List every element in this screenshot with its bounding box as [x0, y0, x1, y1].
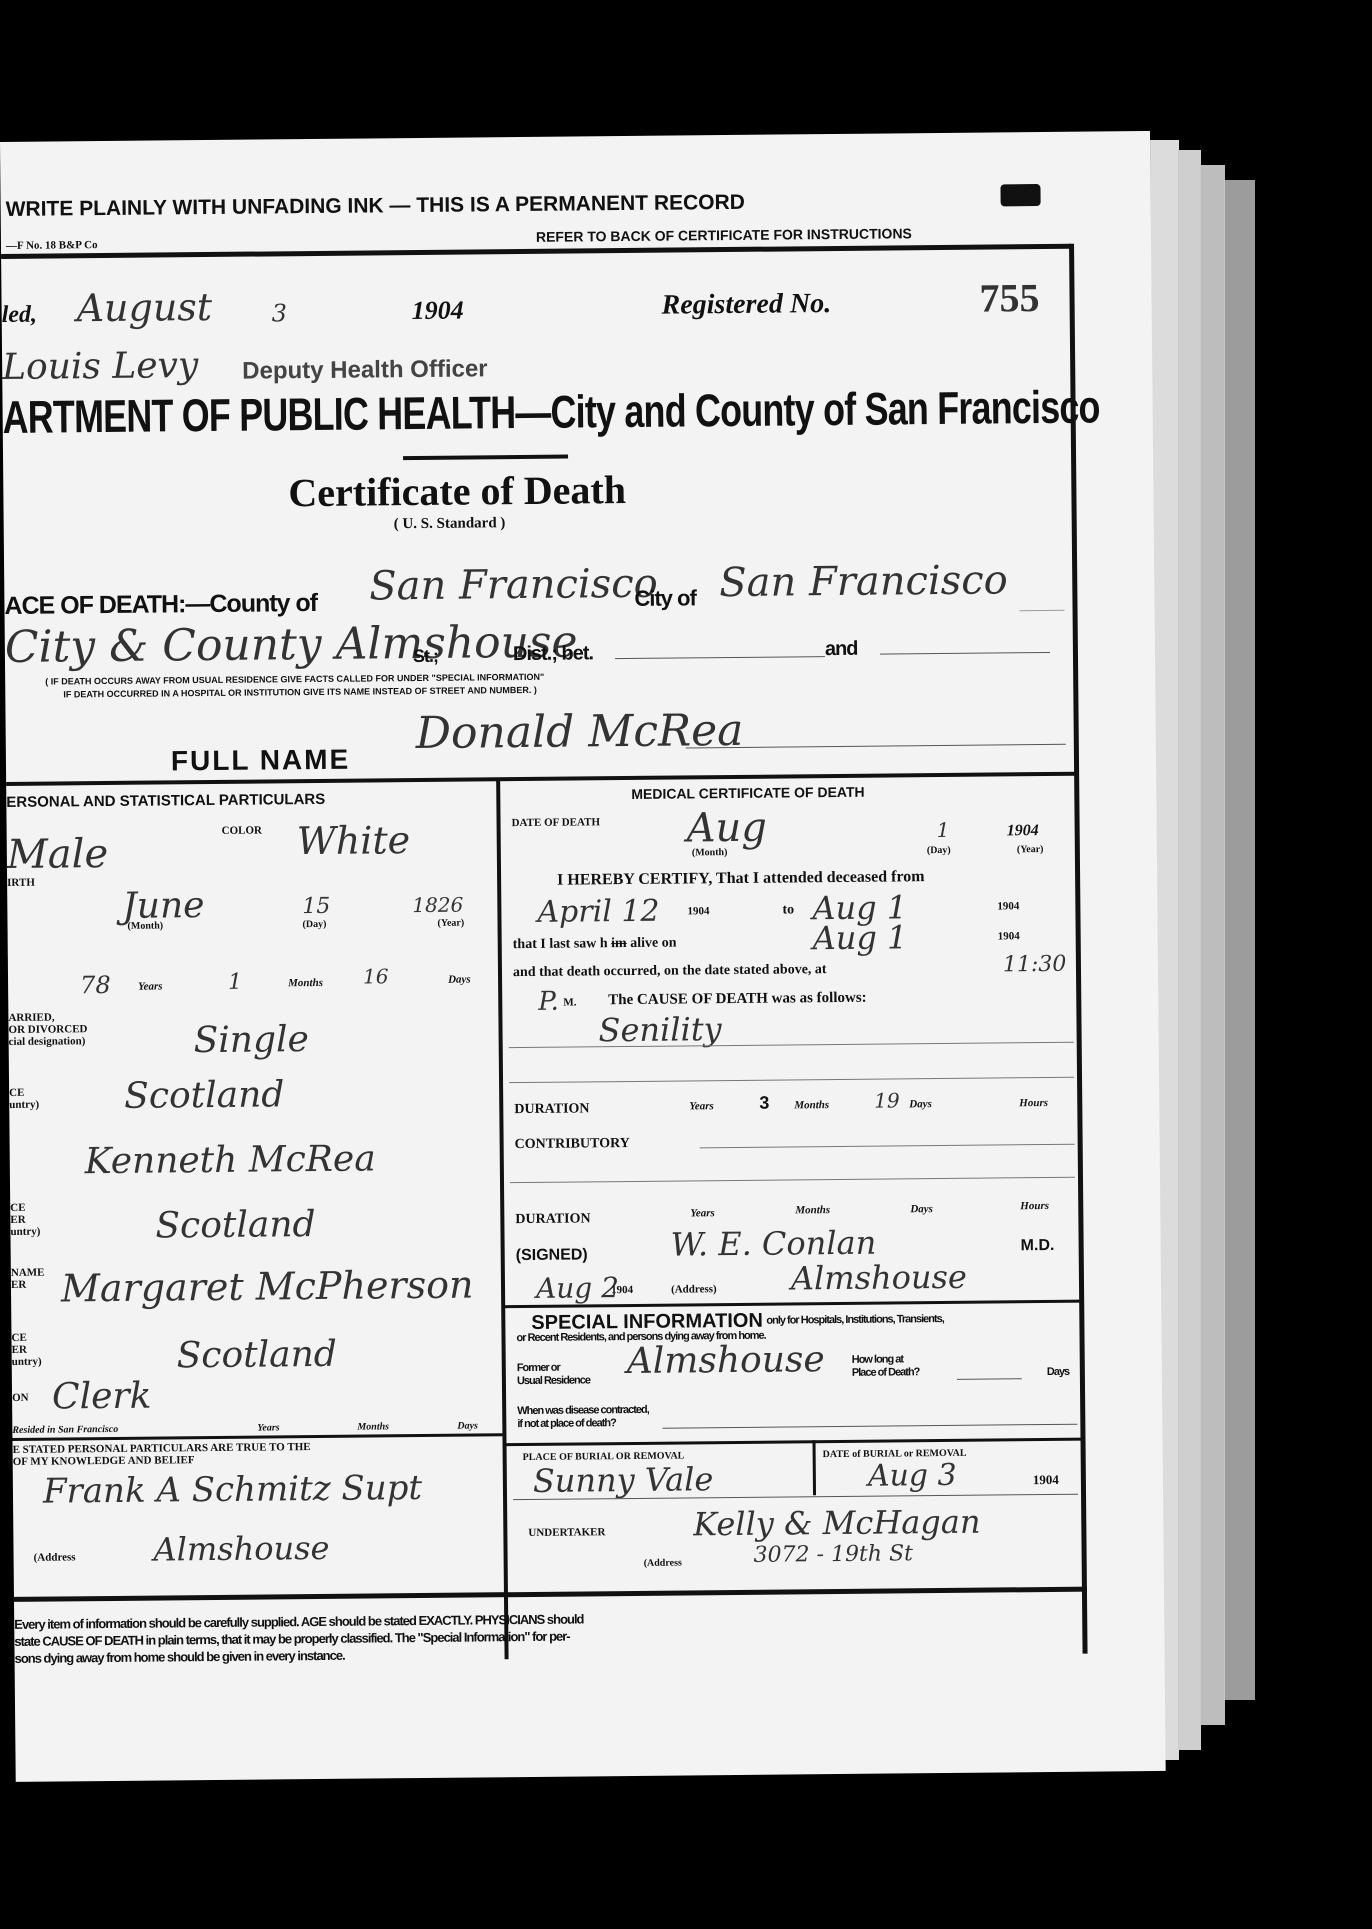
duration2-months-label: Months: [795, 1204, 830, 1216]
birth-day-label: (Day): [302, 919, 326, 930]
officer-title: Deputy Health Officer: [242, 355, 488, 385]
duration-hours-label: Hours: [1019, 1097, 1048, 1109]
mother-birthplace-label-1: CE: [11, 1332, 41, 1344]
last-saw-struck: im: [611, 936, 627, 951]
undertaker-label: UNDERTAKER: [528, 1526, 605, 1539]
contracted-label-1: When was disease contracted,: [517, 1404, 649, 1418]
filed-year: 1904: [411, 296, 463, 326]
street-label: St.;: [413, 646, 438, 667]
form-number: —F No. 18 B&P Co: [6, 239, 98, 252]
resided-days-label: Days: [457, 1420, 478, 1431]
age-days-label: Days: [448, 974, 471, 986]
occupation-label: ON: [12, 1392, 29, 1404]
special-heading-note: only for Hospitals, Institutions, Transi…: [766, 1313, 944, 1327]
certificate-subtitle: ( U. S. Standard ): [394, 515, 506, 533]
duration-label: DURATION: [514, 1101, 589, 1118]
death-day-label: (Day): [927, 845, 951, 856]
signed-year: 1904: [611, 1284, 633, 1296]
marital-label-1: ARRIED,: [8, 1011, 87, 1024]
last-saw-suffix: alive on: [630, 936, 676, 951]
father-birthplace: Scotland: [155, 1204, 316, 1247]
cause-label: The CAUSE OF DEATH was as follows:: [608, 990, 867, 1009]
mother-name: Margaret McPherson: [61, 1263, 474, 1311]
father-name: Kenneth McRea: [85, 1138, 376, 1182]
title-divider: [403, 455, 568, 461]
death-year-label: (Year): [1017, 844, 1044, 855]
father-birthplace-label-1: CE: [10, 1202, 40, 1214]
death-month-label: (Month): [692, 847, 728, 858]
former-residence-value: Almshouse: [627, 1339, 825, 1382]
mother-birthplace-label: CE ER untry): [11, 1332, 41, 1368]
color-label: COLOR: [222, 825, 262, 837]
place-note-2: IF DEATH OCCURRED IN A HOSPITAL OR INSTI…: [63, 685, 537, 700]
resided-months-label: Months: [357, 1421, 389, 1432]
duration-months: 3: [759, 1093, 769, 1114]
former-residence-label-2: Usual Residence: [517, 1374, 590, 1388]
duration-years-label: Years: [689, 1100, 714, 1112]
resided-years-label: Years: [257, 1422, 279, 1433]
footer-line-3: sons dying away from home should be give…: [14, 1648, 344, 1666]
informant-address: Almshouse: [153, 1529, 329, 1569]
mother-name-label-2: ER: [11, 1279, 45, 1291]
informant-address-label: (Address: [34, 1551, 76, 1563]
birth-label: IRTH: [7, 877, 35, 889]
birth-month-label: (Month): [127, 920, 163, 931]
page-stack-edge-3: [1200, 165, 1225, 1725]
attended-from-year: 1904: [687, 905, 709, 917]
birth-day: 15: [302, 894, 330, 919]
physician-address-label: (Address): [671, 1283, 717, 1295]
death-day: 1: [937, 818, 950, 842]
column-divider: [496, 779, 508, 1659]
place-of-death-label: ACE OF DEATH:—County of: [4, 589, 317, 621]
full-name-value: Donald McRea: [415, 705, 743, 759]
and-label: and: [825, 638, 858, 661]
to-label: to: [782, 902, 794, 918]
physician-address: Almshouse: [791, 1258, 967, 1298]
marital-status: Single: [193, 1019, 309, 1061]
birth-year-label: (Year): [437, 918, 464, 929]
birthplace-label-2: untry): [9, 1099, 39, 1111]
informant-statement-2: OF MY KNOWLEDGE AND BELIEF: [13, 1454, 195, 1468]
contributory-line-2: [510, 1177, 1075, 1183]
birthplace-value: Scotland: [124, 1074, 285, 1117]
page-stack-edge-2: [1178, 150, 1201, 1750]
father-birthplace-label-2: ER: [10, 1214, 40, 1226]
meridiem-value: P.: [538, 987, 559, 1017]
city-label: City of: [634, 585, 696, 612]
personal-heading: ERSONAL AND STATISTICAL PARTICULARS: [6, 791, 325, 811]
occupation-value: Clerk: [52, 1376, 152, 1418]
district-label: Dist.; bet.: [513, 642, 593, 666]
department-heading: ARTMENT OF PUBLIC HEALTH—City and County…: [2, 379, 1100, 444]
father-birthplace-label: CE ER untry): [10, 1202, 40, 1238]
burial-place-value: Sunny Vale: [533, 1460, 714, 1500]
date-of-death-label: DATE OF DEATH: [512, 816, 601, 829]
registered-number: 755: [979, 274, 1039, 322]
duration2-hours-label: Hours: [1020, 1200, 1049, 1212]
mother-name-label-1: NAME: [11, 1267, 45, 1279]
page-stack-edge-4: [1224, 180, 1255, 1700]
death-year: 1904: [1007, 822, 1039, 840]
mother-birthplace-label-2: ER: [12, 1344, 42, 1356]
mother-birthplace: Scotland: [176, 1334, 337, 1377]
death-month: Aug: [686, 805, 767, 852]
officer-signature: Louis Levy: [2, 345, 198, 388]
burial-year: 1904: [1033, 1472, 1059, 1488]
cause-line-2: [509, 1077, 1074, 1083]
age-months-label: Months: [288, 977, 323, 989]
duration2-label: DURATION: [515, 1211, 590, 1228]
county-value: San Francisco: [369, 561, 658, 610]
birthplace-label: CE untry): [9, 1087, 39, 1111]
duration2-years-label: Years: [690, 1207, 715, 1219]
marital-label-2: OR DIVORCED: [8, 1023, 87, 1036]
duration2-days-label: Days: [910, 1203, 933, 1215]
last-saw-year: 1904: [998, 930, 1020, 942]
footer-line-2: state CAUSE OF DEATH in plain terms, tha…: [14, 1629, 569, 1649]
marital-label-3: cial designation): [9, 1035, 88, 1048]
full-name-label: FULL NAME: [171, 744, 351, 778]
contracted-label: When was disease contracted, if not at p…: [517, 1404, 649, 1431]
physician-signature: W. E. Conlan: [670, 1224, 876, 1264]
contributory-label: CONTRIBUTORY: [515, 1136, 630, 1153]
certificate-title: Certificate of Death: [288, 466, 626, 516]
signed-label: (SIGNED): [516, 1246, 588, 1265]
undertaker-address-label: (Address: [644, 1558, 682, 1569]
how-long-label-2: Place of Death?: [852, 1366, 920, 1380]
certify-text: I HEREBY CERTIFY, That I attended deceas…: [557, 868, 925, 890]
last-saw-date: Aug 1: [812, 918, 907, 957]
burial-divider: [505, 1438, 1083, 1447]
city-value: San Francisco: [719, 557, 1008, 606]
burial-date: Aug 3: [868, 1458, 957, 1494]
birthplace-label-1: CE: [9, 1087, 39, 1099]
and-line: [880, 652, 1050, 655]
former-residence-label-1: Former or: [517, 1361, 590, 1375]
last-saw-text: that I last saw h im alive on: [513, 936, 677, 954]
attended-from: April 12: [537, 894, 659, 930]
marital-label: ARRIED, OR DIVORCED cial designation): [8, 1011, 87, 1048]
contracted-line: [662, 1424, 1077, 1429]
former-residence-label: Former or Usual Residence: [517, 1361, 590, 1388]
frame-bottom: [14, 1587, 1087, 1602]
color-value: White: [297, 818, 411, 863]
contracted-label-2: if not at place of death?: [517, 1417, 649, 1431]
death-certificate-page: WRITE PLAINLY WITH UNFADING INK — THIS I…: [0, 131, 1166, 1782]
permanent-record-banner: WRITE PLAINLY WITH UNFADING INK — THIS I…: [6, 191, 745, 222]
filed-month: August: [76, 285, 212, 330]
pointing-hand-icon: [1000, 184, 1040, 206]
meridiem-label: M.: [563, 997, 576, 1009]
sex-value: Male: [7, 831, 109, 878]
last-saw-prefix: that I last saw h: [513, 936, 608, 952]
resided-label: Resided in San Francisco: [12, 1424, 118, 1436]
how-long-label: How long at Place of Death?: [852, 1353, 920, 1380]
how-long-unit: Days: [1047, 1366, 1069, 1378]
frame-top: [1, 244, 1071, 259]
registered-label: Registered No.: [661, 288, 831, 322]
age-years-label: Years: [138, 980, 163, 992]
filed-label: led,: [2, 302, 38, 329]
undertaker-address: 3072 - 19th St: [753, 1541, 913, 1568]
institution-value: City & County Almshouse: [5, 616, 578, 672]
duration-months-label: Months: [794, 1099, 829, 1111]
md-label: M.D.: [1021, 1237, 1055, 1255]
undertaker-value: Kelly & McHagan: [693, 1503, 981, 1544]
district-line: [615, 656, 825, 659]
occurred-text: and that death occurred, on the date sta…: [513, 962, 827, 981]
how-long-label-1: How long at: [852, 1353, 920, 1367]
death-time: 11:30: [1003, 952, 1067, 978]
instructions-note: REFER TO BACK OF CERTIFICATE FOR INSTRUC…: [536, 225, 912, 245]
city-blank-line: [1020, 610, 1065, 611]
filed-day: 3: [272, 299, 288, 327]
place-note-1: ( IF DEATH OCCURS AWAY FROM USUAL RESIDE…: [45, 672, 544, 687]
burial-column-divider: [812, 1440, 816, 1495]
mother-name-label: NAME ER: [11, 1267, 45, 1291]
cause-value: Senility: [598, 1010, 721, 1049]
age-days: 16: [363, 964, 389, 988]
attended-to-year: 1904: [997, 900, 1019, 912]
cause-line-1: [509, 1042, 1074, 1048]
how-long-line: [957, 1378, 1022, 1380]
informant-signature: Frank A Schmitz Supt: [43, 1468, 423, 1512]
father-birthplace-label-3: untry): [10, 1226, 40, 1238]
medical-heading: MEDICAL CERTIFICATE OF DEATH: [631, 784, 864, 802]
duration-days: 19: [874, 1088, 900, 1112]
mother-birthplace-label-3: untry): [12, 1356, 42, 1368]
age-years: 78: [80, 971, 111, 999]
section-divider: [6, 772, 1076, 786]
duration-days-label: Days: [909, 1098, 932, 1110]
frame-right: [1069, 244, 1088, 1654]
birth-year: 1826: [412, 893, 463, 917]
signed-date: Aug 2: [536, 1271, 619, 1305]
age-months: 1: [228, 970, 242, 995]
contributory-line: [700, 1144, 1075, 1149]
